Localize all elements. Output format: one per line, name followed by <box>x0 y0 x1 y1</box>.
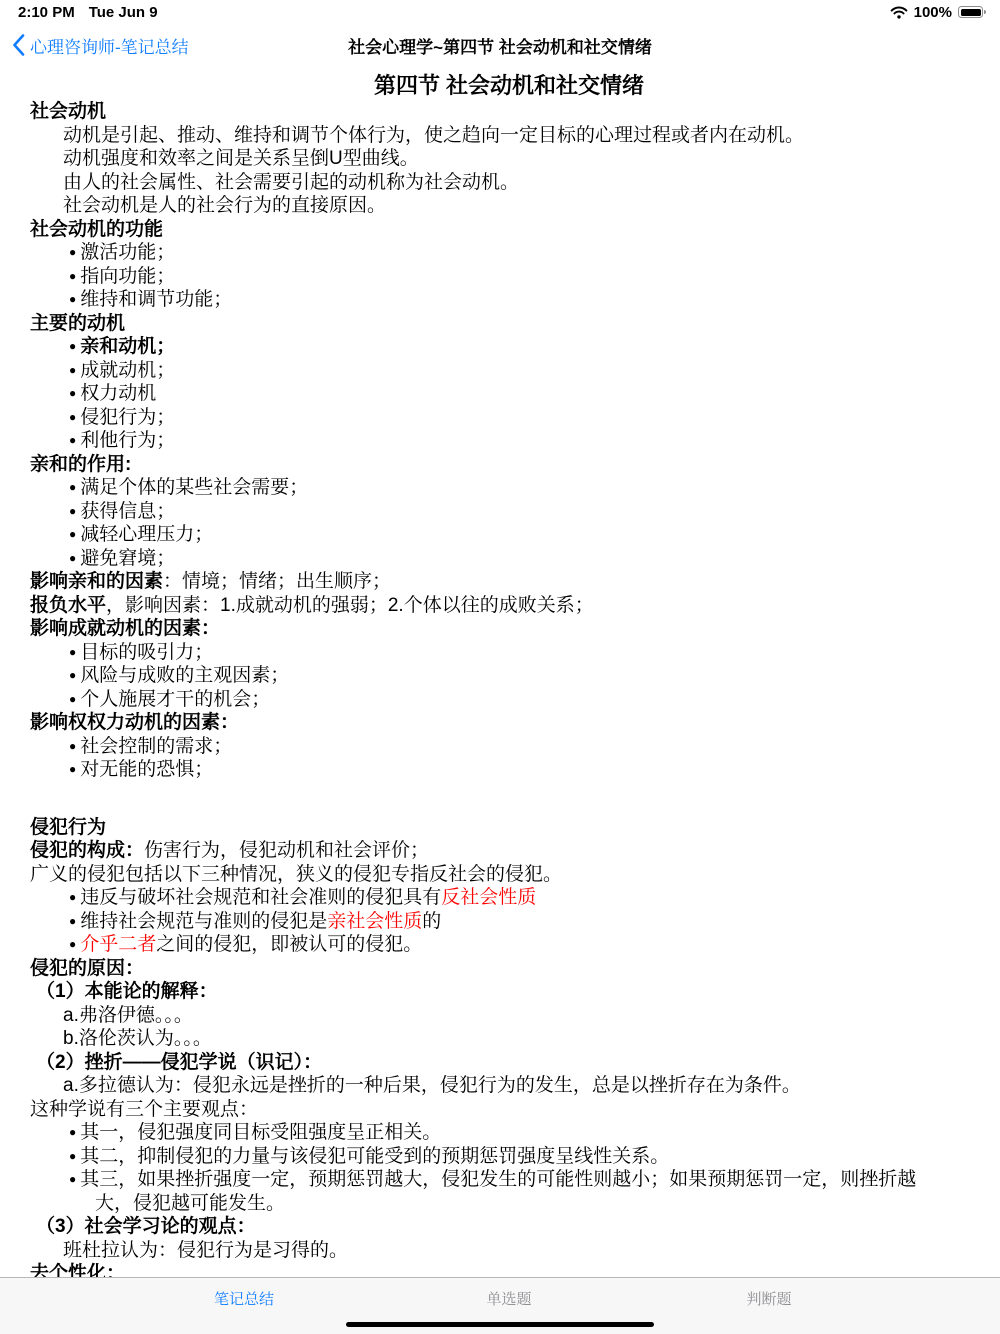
text-segment: 其二，抑制侵犯的力量与该侵犯可能受到的预期惩罚强度呈线性关系。 <box>80 1146 669 1167</box>
doc-block-li: ●获得信息； <box>30 500 988 524</box>
bullet-icon: ● <box>69 245 76 259</box>
doc-block-li: ●避免窘境； <box>30 547 988 571</box>
bullet-icon: ● <box>69 1172 76 1186</box>
text-segment: 避免窘境； <box>80 548 175 569</box>
doc-block-h: 社会动机 <box>30 100 988 124</box>
status-time: 2:10 PM <box>18 4 75 21</box>
doc-block-p: 社会动机是人的社会行为的直接原因。 <box>63 194 988 218</box>
bullet-icon: ● <box>69 504 76 518</box>
doc-block-li: ●激活功能； <box>30 241 988 265</box>
text-segment: a.弗洛伊德。。。 <box>63 1005 193 1026</box>
text-segment: 影响权权力动机的因素： <box>30 712 239 733</box>
text-segment: 社会动机的功能 <box>30 219 163 240</box>
text-segment: 激活功能； <box>80 242 175 263</box>
text-segment: 这种学说有三个主要观点： <box>30 1099 258 1120</box>
text-segment: 其一，侵犯强度同目标受阻强度呈正相关。 <box>80 1122 441 1143</box>
doc-block-h: 影响成就动机的因素： <box>30 617 988 641</box>
tab-bar: 笔记总结 单选题 判断题 <box>0 1277 1000 1334</box>
bullet-icon: ● <box>69 914 76 928</box>
text-segment: 减轻心理压力； <box>80 524 213 545</box>
text-segment: 目标的吸引力； <box>80 642 213 663</box>
tab-true-false[interactable]: 判断题 <box>746 1288 791 1309</box>
text-segment: 影响成就动机的因素： <box>30 618 220 639</box>
text-segment: 权力动机 <box>80 383 156 404</box>
doc-block-lab: 广义的侵犯包括以下三种情况，狭义的侵犯专指反社会的侵犯。 <box>30 863 988 887</box>
text-segment: 去个性化： <box>30 1263 125 1277</box>
bullet-icon: ● <box>69 551 76 565</box>
bullet-icon: ● <box>69 433 76 447</box>
doc-block-li: ●成就动机； <box>30 359 988 383</box>
nav-bar: 心理咨询师-笔记总结 社会心理学~第四节 社会动机和社交情绪 <box>0 24 1000 66</box>
doc-block-h: 社会动机的功能 <box>30 218 988 242</box>
doc-block-li: ●其一，侵犯强度同目标受阻强度呈正相关。 <box>30 1121 988 1145</box>
doc-block-li: ●其二，抑制侵犯的力量与该侵犯可能受到的预期惩罚强度呈线性关系。 <box>30 1145 988 1169</box>
doc-block-sub: a.多拉德认为：侵犯永远是挫折的一种后果，侵犯行为的发生，总是以挫折存在为条件。 <box>63 1074 988 1098</box>
doc-block-li: ●违反与破坏社会规范和社会准则的侵犯具有反社会性质 <box>30 886 988 910</box>
text-segment: 动机是引起、推动、维持和调节个体行为，使之趋向一定目标的心理过程或者内在动机。 <box>63 125 804 146</box>
text-segment: b.洛伦茨认为。。。 <box>63 1028 212 1049</box>
doc-block-li: ●风险与成败的主观因素； <box>30 664 988 688</box>
page-title: 第四节 社会动机和社交情绪 <box>30 72 988 100</box>
text-segment: ：情境；情绪；出生顺序； <box>163 571 391 592</box>
doc-block-p: 动机强度和效率之间是关系呈倒U型曲线。 <box>63 147 988 171</box>
doc-block-li: ●个人施展才干的机会； <box>30 688 988 712</box>
text-segment: 其三，如果挫折强度一定，预期惩罚越大，侵犯发生的可能性则越小；如果预期惩罚一定，… <box>80 1169 916 1190</box>
doc-block-p: 动机是引起、推动、维持和调节个体行为，使之趋向一定目标的心理过程或者内在动机。 <box>63 124 988 148</box>
doc-block-lab: 这种学说有三个主要观点： <box>30 1098 988 1122</box>
bullet-icon: ● <box>69 1149 76 1163</box>
text-segment: 侵犯的构成： <box>30 840 144 861</box>
document-scroll-area[interactable]: 第四节 社会动机和社交情绪 社会动机动机是引起、推动、维持和调节个体行为，使之趋… <box>0 66 1000 1277</box>
bullet-icon: ● <box>69 692 76 706</box>
text-segment: 个人施展才干的机会； <box>80 689 270 710</box>
doc-block-li: ●维持和调节功能； <box>30 288 988 312</box>
doc-block-h: 去个性化： <box>30 1262 988 1277</box>
text-segment-highlight: 亲社会性质 <box>327 911 422 932</box>
doc-block-li: ●侵犯行为； <box>30 406 988 430</box>
text-segment: 动机强度和效率之间是关系呈倒U型曲线。 <box>63 148 419 169</box>
doc-block-num: （1）本能论的解释： <box>36 980 988 1004</box>
bullet-icon: ● <box>69 1125 76 1139</box>
doc-block-li: ●满足个体的某些社会需要； <box>30 476 988 500</box>
text-segment: 风险与成败的主观因素； <box>80 665 289 686</box>
text-segment: 违反与破坏社会规范和社会准则的侵犯具有 <box>80 887 441 908</box>
text-segment: 大，侵犯越可能发生。 <box>95 1193 285 1214</box>
bullet-icon: ● <box>69 527 76 541</box>
doc-block-h: 亲和的作用: <box>30 453 988 477</box>
bullet-icon: ● <box>69 890 76 904</box>
doc-block-cont: 大，侵犯越可能发生。 <box>95 1192 988 1216</box>
bullet-icon: ● <box>69 269 76 283</box>
wifi-icon <box>890 6 908 19</box>
back-button[interactable]: 心理咨询师-笔记总结 <box>12 24 189 66</box>
battery-icon <box>958 6 986 18</box>
doc-block-lab: 侵犯的构成：伤害行为，侵犯动机和社会评价； <box>30 839 988 863</box>
bullet-icon: ● <box>69 292 76 306</box>
text-segment: 主要的动机 <box>30 313 125 334</box>
doc-block-sub: 班杜拉认为：侵犯行为是习得的。 <box>63 1239 988 1263</box>
text-segment: 满足个体的某些社会需要； <box>80 477 308 498</box>
text-segment: 社会控制的需求； <box>80 736 232 757</box>
doc-block-num: （2）挫折——侵犯学说（识记）： <box>36 1051 988 1075</box>
home-indicator[interactable] <box>346 1322 654 1327</box>
bullet-icon: ● <box>69 937 76 951</box>
text-segment: 广义的侵犯包括以下三种情况，狭义的侵犯专指反社会的侵犯。 <box>30 864 562 885</box>
bullet-icon: ● <box>69 339 76 353</box>
text-segment: 指向功能； <box>80 266 175 287</box>
text-segment: 获得信息； <box>80 501 175 522</box>
status-bar: 2:10 PM Tue Jun 9 100% <box>0 0 1000 24</box>
text-segment: 之间的侵犯，即被认可的侵犯。 <box>156 934 422 955</box>
text-segment: 报负水平 <box>30 595 106 616</box>
bullet-icon: ● <box>69 645 76 659</box>
text-segment: 亲和的作用: <box>30 454 131 475</box>
text-segment: 社会动机是人的社会行为的直接原因。 <box>63 195 386 216</box>
text-segment: 社会动机 <box>30 101 106 122</box>
doc-block-li: ●社会控制的需求； <box>30 735 988 759</box>
doc-block-li: ●权力动机 <box>30 382 988 406</box>
doc-block-li: ●对无能的恐惧； <box>30 758 988 782</box>
doc-block-li: ●其三，如果挫折强度一定，预期惩罚越大，侵犯发生的可能性则越小；如果预期惩罚一定… <box>30 1168 988 1192</box>
document-body: 社会动机动机是引起、推动、维持和调节个体行为，使之趋向一定目标的心理过程或者内在… <box>30 100 988 1277</box>
text-segment: ，影响因素：1.成就动机的强弱；2.个体以往的成败关系； <box>106 595 594 616</box>
text-segment: a.多拉德认为：侵犯永远是挫折的一种后果，侵犯行为的发生，总是以挫折存在为条件。 <box>63 1075 801 1096</box>
doc-block-li: ●指向功能； <box>30 265 988 289</box>
bullet-icon: ● <box>69 410 76 424</box>
back-button-label: 心理咨询师-笔记总结 <box>30 33 189 58</box>
doc-block-li: ●介乎二者之间的侵犯，即被认可的侵犯。 <box>30 933 988 957</box>
text-segment: 伤害行为，侵犯动机和社会评价； <box>144 840 429 861</box>
bullet-icon: ● <box>69 739 76 753</box>
text-segment: （3）社会学习论的观点： <box>36 1216 256 1237</box>
doc-block-li: ●亲和动机； <box>30 335 988 359</box>
text-segment: 成就动机； <box>80 360 175 381</box>
text-segment: 侵犯的原因： <box>30 958 144 979</box>
doc-block-li: ●利他行为； <box>30 429 988 453</box>
text-segment: 对无能的恐惧； <box>80 759 213 780</box>
text-segment: 由人的社会属性、社会需要引起的动机称为社会动机。 <box>63 172 519 193</box>
text-segment: 影响亲和的因素 <box>30 571 163 592</box>
doc-block-h: 影响权权力动机的因素： <box>30 711 988 735</box>
text-segment: （2）挫折——侵犯学说（识记）： <box>36 1052 322 1073</box>
text-segment: 维持社会规范与准则的侵犯是 <box>80 911 327 932</box>
doc-block-lab: 影响亲和的因素：情境；情绪；出生顺序； <box>30 570 988 594</box>
bullet-icon: ● <box>69 762 76 776</box>
doc-block-gap <box>30 782 988 816</box>
bullet-icon: ● <box>69 363 76 377</box>
doc-block-sub: b.洛伦茨认为。。。 <box>63 1027 988 1051</box>
doc-block-lab: 报负水平，影响因素：1.成就动机的强弱；2.个体以往的成败关系； <box>30 594 988 618</box>
battery-percent: 100% <box>914 4 952 21</box>
bullet-icon: ● <box>69 668 76 682</box>
text-segment: 的 <box>422 911 441 932</box>
text-segment: （1）本能论的解释： <box>36 981 218 1002</box>
tab-notes-summary[interactable]: 笔记总结 <box>214 1288 274 1309</box>
doc-block-li: ●维持社会规范与准则的侵犯是亲社会性质的 <box>30 910 988 934</box>
doc-block-h: 侵犯的原因： <box>30 957 988 981</box>
tab-single-choice[interactable]: 单选题 <box>486 1288 531 1309</box>
status-date: Tue Jun 9 <box>89 4 158 21</box>
text-segment: 侵犯行为； <box>80 407 175 428</box>
text-segment-highlight: 介乎二者 <box>80 934 156 955</box>
bullet-icon: ● <box>69 386 76 400</box>
bullet-icon: ● <box>69 480 76 494</box>
text-segment: 维持和调节功能； <box>80 289 232 310</box>
doc-block-h: 主要的动机 <box>30 312 988 336</box>
chevron-left-icon <box>12 34 25 56</box>
text-segment: 亲和动机； <box>80 336 175 357</box>
text-segment-highlight: 反社会性质 <box>441 887 536 908</box>
doc-block-h: 侵犯行为 <box>30 816 988 840</box>
doc-block-num: （3）社会学习论的观点： <box>36 1215 988 1239</box>
doc-block-li: ●减轻心理压力； <box>30 523 988 547</box>
text-segment: 侵犯行为 <box>30 817 106 838</box>
doc-block-sub: a.弗洛伊德。。。 <box>63 1004 988 1028</box>
text-segment: 班杜拉认为：侵犯行为是习得的。 <box>63 1240 348 1261</box>
doc-block-li: ●目标的吸引力； <box>30 641 988 665</box>
text-segment: 利他行为； <box>80 430 175 451</box>
doc-block-p: 由人的社会属性、社会需要引起的动机称为社会动机。 <box>63 171 988 195</box>
